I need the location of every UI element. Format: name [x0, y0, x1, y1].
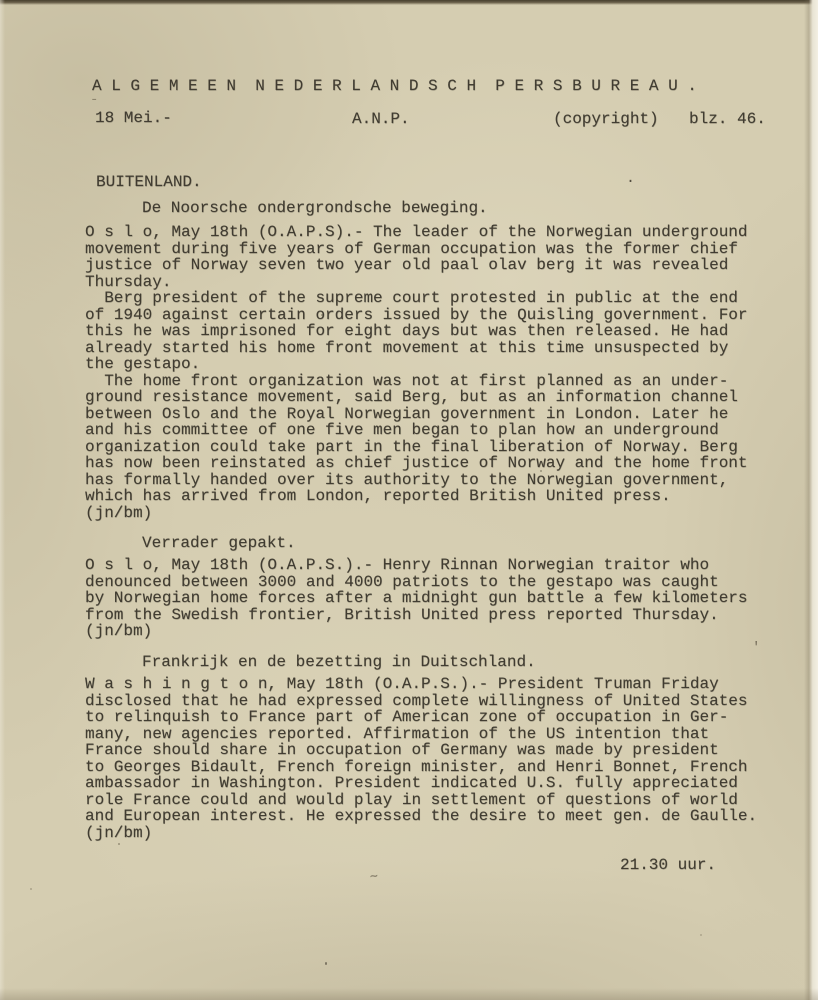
pencil-squiggle-mark: ~ [369, 869, 380, 886]
paper-left-edge-highlight [0, 0, 5, 1000]
paper-bottom-edge-shadow [0, 988, 818, 1000]
paper-speck [700, 934, 702, 936]
paper-speck [570, 229, 573, 231]
article-body-france-occupation: W a s h i n g t o n, May 18th (O.A.P.S.)… [85, 676, 757, 841]
paper-top-edge-shadow [0, 0, 818, 5]
stray-dash-mark: - [90, 92, 98, 108]
paper-speck [321, 314, 323, 316]
agency-name: A L G E M E E N N E D E R L A N D S C H … [92, 78, 697, 95]
article-heading-norwegian-underground: De Noorsche ondergrondsche beweging. [142, 200, 488, 217]
section-heading: BUITENLAND. [96, 174, 202, 191]
page-number: blz. 46. [689, 111, 766, 128]
stray-ink-dot: . [626, 170, 635, 187]
paper-speck [30, 888, 32, 890]
agency-abbreviation: A.N.P. [352, 111, 410, 128]
scanned-press-bulletin-page: A L G E M E E N N E D E R L A N D S C H … [0, 0, 818, 1000]
paper-speck [118, 843, 120, 845]
paper-speck [325, 962, 327, 965]
paper-right-edge [804, 0, 818, 1000]
issue-date: 18 Mei.- [95, 110, 172, 127]
article-heading-france-occupation: Frankrijk en de bezetting in Duitschland… [142, 654, 536, 671]
article-body-norwegian-underground: O s l o, May 18th (O.A.P.S).- The leader… [85, 224, 748, 521]
copyright-notice: (copyright) [553, 111, 659, 128]
stray-apostrophe-mark: ' [752, 640, 760, 656]
paper-speck [540, 470, 542, 472]
time-stamp: 21.30 uur. [620, 857, 716, 874]
article-heading-traitor-caught: Verrader gepakt. [142, 535, 296, 552]
article-body-traitor-caught: O s l o, May 18th (O.A.P.S.).- Henry Rin… [85, 557, 748, 640]
